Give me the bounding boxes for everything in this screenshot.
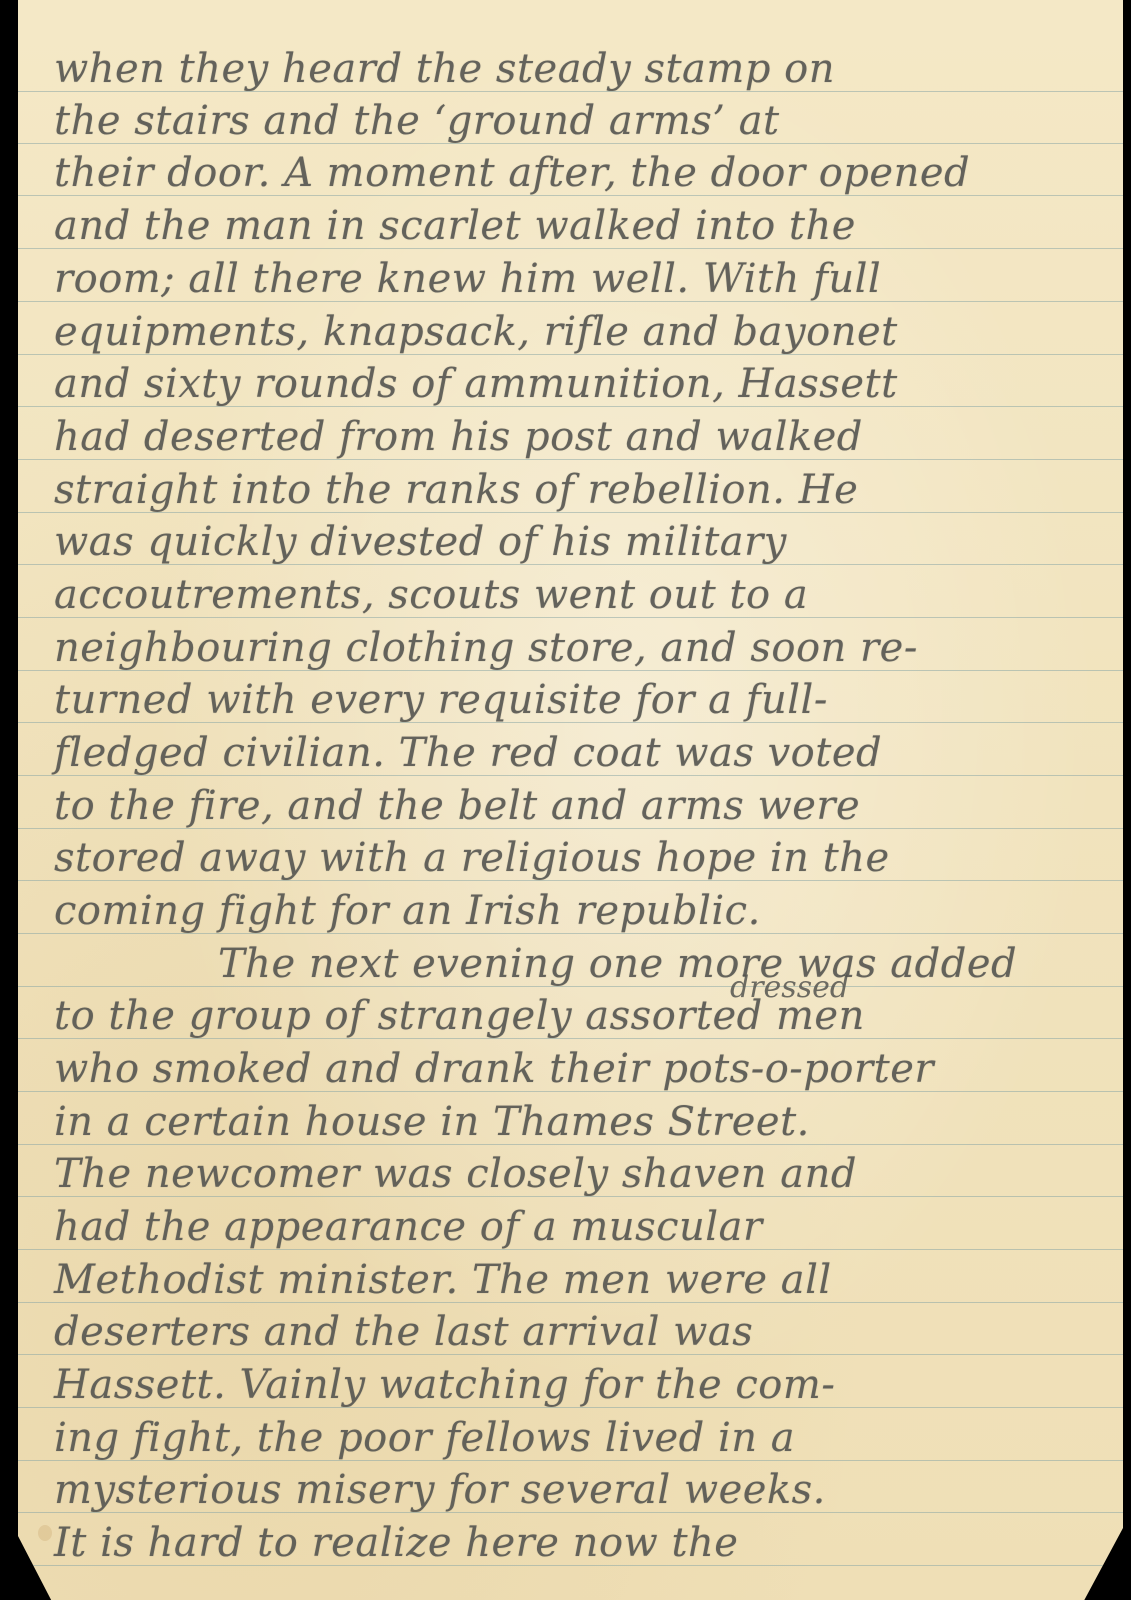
- text-line: mysterious misery for several weeks.: [54, 1464, 1103, 1516]
- text-line: in a certain house in Thames Street.: [54, 1096, 1103, 1148]
- text-line: fledged civilian. The red coat was voted: [54, 727, 1103, 779]
- text-line: room; all there knew him well. With full: [54, 253, 1103, 305]
- manuscript-page: when they heard the steady stamp on the …: [18, 0, 1123, 1600]
- text-line: stored away with a religious hope in the: [54, 832, 1103, 884]
- inserted-word: dressed: [730, 970, 849, 1005]
- text-line: who smoked and drank their pots-o-porter: [54, 1043, 1103, 1095]
- text-line: had the appearance of a muscular: [54, 1201, 1103, 1253]
- text-line: straight into the ranks of rebellion. He: [54, 464, 1103, 516]
- text-line: Methodist minister. The men were all: [54, 1254, 1103, 1306]
- text-line: It is hard to realize here now the: [54, 1517, 1103, 1569]
- text-line: turned with every requisite for a full-: [54, 674, 1103, 726]
- text-line: neighbouring clothing store, and soon re…: [54, 622, 1103, 674]
- text-line: and the man in scarlet walked into the: [54, 200, 1103, 252]
- paper-stain: [38, 1525, 52, 1541]
- text-line: The newcomer was closely shaven and: [54, 1148, 1103, 1200]
- text-line: had deserted from his post and walked: [54, 411, 1103, 463]
- text-line: was quickly divested of his military: [54, 516, 1103, 568]
- text-line-paragraph-start: The next evening one more was added: [218, 938, 1103, 990]
- text-line: when they heard the steady stamp on: [54, 43, 1103, 95]
- text-line: accoutrements, scouts went out to a: [54, 569, 1103, 621]
- text-line: deserters and the last arrival was: [54, 1306, 1103, 1358]
- text-line: Hassett. Vainly watching for the com-: [54, 1359, 1103, 1411]
- text-line: their door. A moment after, the door ope…: [54, 147, 1103, 199]
- text-line: coming fight for an Irish republic.: [54, 885, 1103, 937]
- text-line: to the fire, and the belt and arms were: [54, 780, 1103, 832]
- text-line: to the group of strangely assorted men: [54, 990, 1103, 1042]
- text-line: the stairs and the ‘ground arms’ at: [54, 95, 1103, 147]
- text-line: and sixty rounds of ammunition, Hassett: [54, 358, 1103, 410]
- text-line: ing fight, the poor fellows lived in a: [54, 1412, 1103, 1464]
- text-line: equipments, knapsack, rifle and bayonet: [54, 306, 1103, 358]
